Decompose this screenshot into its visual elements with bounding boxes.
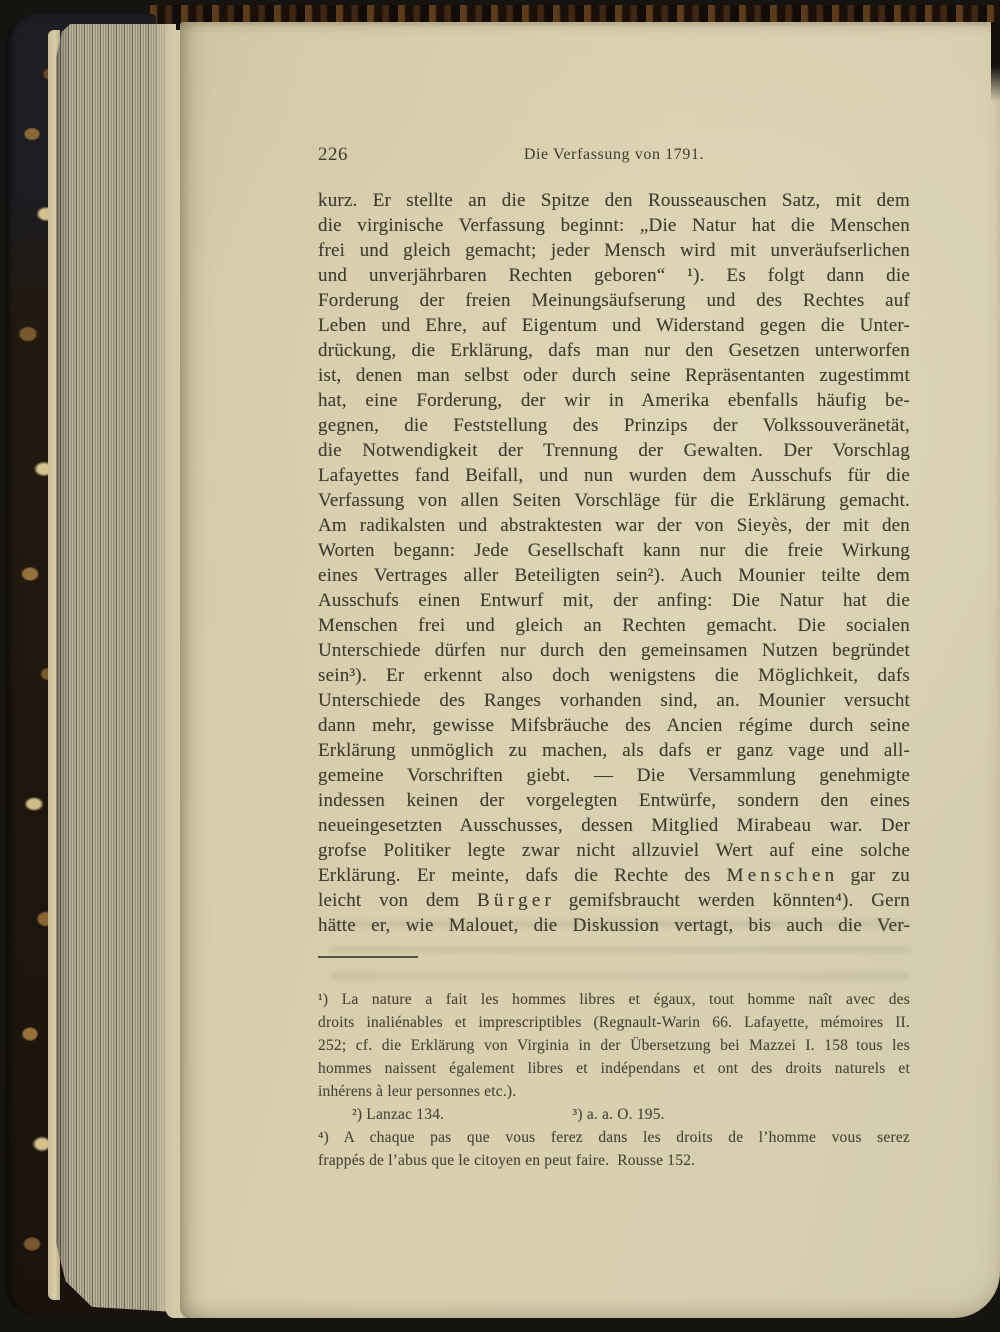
body-text-line: die Notwendigkeit der Trennung der Gewal…: [318, 438, 910, 463]
body-text-line: Unterschiede des Ranges vorhanden sind, …: [318, 688, 910, 713]
footnote-2: ²) Lanzac 134.: [352, 1103, 444, 1126]
scanned-book-photo: { "colors": { "background": "#161411", "…: [0, 0, 1000, 1332]
body-text-line: Verfassung von allen Seiten Vorschläge f…: [318, 488, 910, 513]
body-text-line: Ausschufs einen Entwurf mit, der anfing:…: [318, 588, 910, 613]
body-text-line: kurz. Er stellte an die Spitze den Rouss…: [318, 188, 910, 213]
footnote-text-line: inhérens à leur personnes etc.).: [318, 1080, 910, 1103]
footnote-text-line: frappés de l’abus que le citoyen en peut…: [318, 1149, 910, 1172]
page-header: 226 Die Verfassung von 1791.: [318, 144, 910, 170]
footnote-text-line: ⁴) A chaque pas que vous ferez dans les …: [318, 1126, 910, 1149]
footnote-2-3-row: ²) Lanzac 134. ³) a. a. O. 195.: [318, 1103, 910, 1126]
body-text-line: Menschen frei und gleich an Rechten gema…: [318, 613, 910, 638]
body-text-line: gegnen, die Feststellung des Prinzips de…: [318, 413, 910, 438]
body-text-line: indessen keinen der vorgelegten Entwürfe…: [318, 788, 910, 813]
footnote-text-line: 252; cf. die Erklärung von Virginia in d…: [318, 1034, 910, 1057]
body-text-line: frei und gleich gemacht; jeder Mensch wi…: [318, 238, 910, 263]
body-text-line: Erklärung. Er meinte, dafs die Rechte de…: [318, 863, 910, 888]
footnote-text-line: hommes naissent également libres et indé…: [318, 1057, 910, 1080]
footnote-rule: [318, 956, 418, 958]
body-text-line: ist, denen man selbst oder durch seine R…: [318, 363, 910, 388]
body-paragraph: kurz. Er stellte an die Spitze den Rouss…: [318, 188, 910, 938]
footnotes: ¹) La nature a fait les hommes libres et…: [318, 988, 910, 1172]
paper-sheet: 226 Die Verfassung von 1791. kurz. Er st…: [180, 22, 1000, 1318]
body-text-line: Leben und Ehre, auf Eigentum und Widerst…: [318, 313, 910, 338]
body-text-line: Erklärung unmöglich zu machen, als dafs …: [318, 738, 910, 763]
body-text-line: eines Vertrages aller Beteiligten sein²)…: [318, 563, 910, 588]
body-text-line: Unterschiede dürfen nur durch den gemein…: [318, 638, 910, 663]
body-text-line: drückung, die Erklärung, dafs man nur de…: [318, 338, 910, 363]
body-text-line: Forderung der freien Meinungsäufserung u…: [318, 288, 910, 313]
body-text-line: leicht von dem B ü r g e r gemifsbraucht…: [318, 888, 910, 913]
top-right-shadow: [991, 22, 1000, 102]
body-text-line: hat, eine Forderung, der wir in Amerika …: [318, 388, 910, 413]
running-title: Die Verfassung von 1791.: [318, 146, 910, 164]
footnote-4: ⁴) A chaque pas que vous ferez dans les …: [318, 1126, 910, 1172]
page-stack-fore-edges: [56, 24, 176, 1312]
body-text-line: Worten begann: Jede Gesellschaft kann nu…: [318, 538, 910, 563]
body-text-line: und unverjährbaren Rechten geboren“ ¹). …: [318, 263, 910, 288]
body-text-line: gemeine Vorschriften giebt. — Die Versam…: [318, 763, 910, 788]
footnote-text-line: ¹) La nature a fait les hommes libres et…: [318, 988, 910, 1011]
body-text-line: Lafayettes fand Beifall, und nun wurden …: [318, 463, 910, 488]
body-text-line: grofse Politiker legte zwar nicht allzuv…: [318, 838, 910, 863]
body-text-line: die virginische Verfassung beginnt: „Die…: [318, 213, 910, 238]
footnote-text-line: droits inaliénables et imprescriptibles …: [318, 1011, 910, 1034]
body-text-line: neueingesetzten Ausschusses, dessen Mitg…: [318, 813, 910, 838]
body-text-line: hätte er, wie Malouet, die Diskussion ve…: [318, 913, 910, 938]
footnote-1: ¹) La nature a fait les hommes libres et…: [318, 988, 910, 1103]
footnote-3: ³) a. a. O. 195.: [573, 1103, 665, 1126]
body-text-line: sein³). Er erkennt also doch wenigstens …: [318, 663, 910, 688]
body-text-line: dann mehr, gewisse Mifsbräuche des Ancie…: [318, 713, 910, 738]
body-text-line: Am radikalsten und abstraktesten war der…: [318, 513, 910, 538]
